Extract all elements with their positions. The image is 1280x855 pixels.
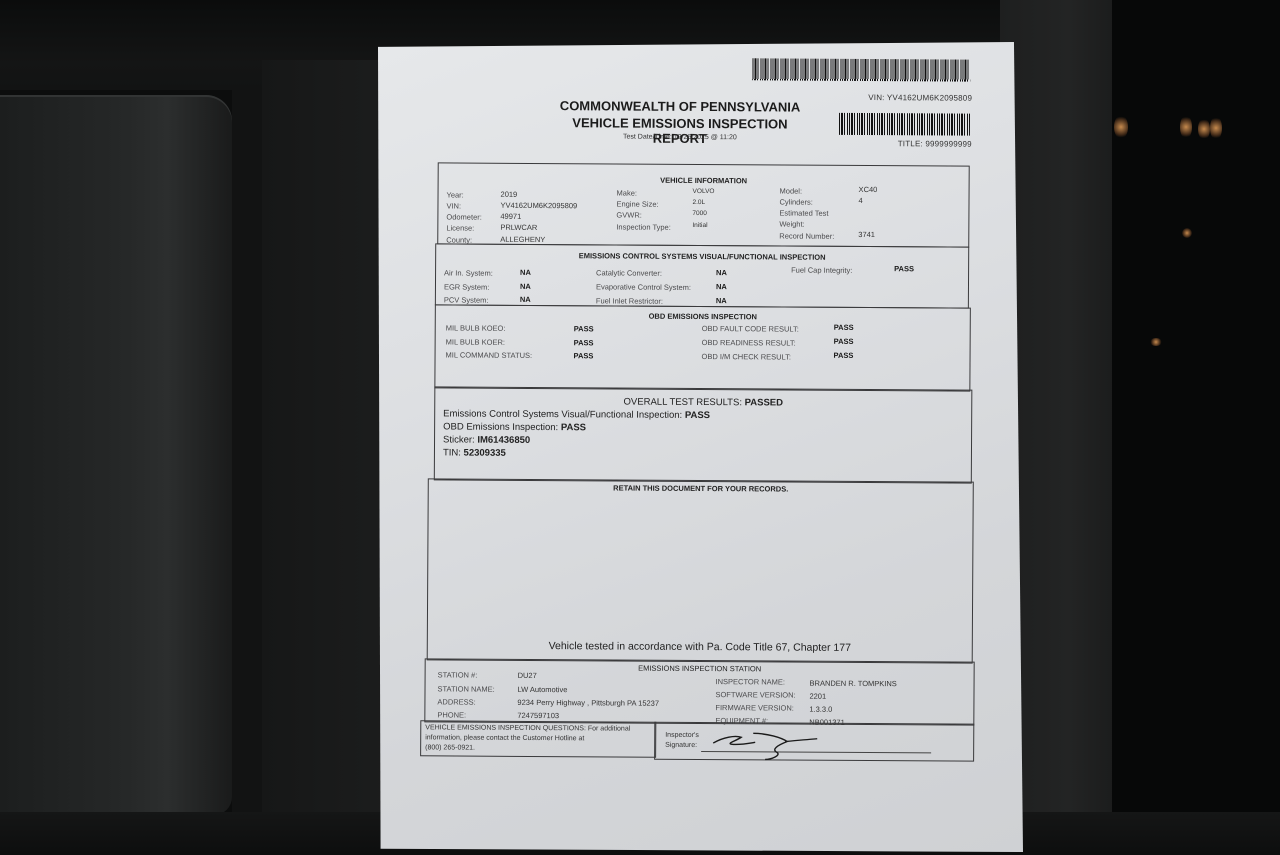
bokeh-light	[1180, 115, 1192, 139]
obd-inspection-section: OBD EMISSIONS INSPECTION MIL BULB KOEO: …	[434, 304, 971, 391]
notice-section: RETAIN THIS DOCUMENT FOR YOUR RECORDS. V…	[427, 478, 974, 663]
retain-notice: RETAIN THIS DOCUMENT FOR YOUR RECORDS.	[429, 482, 973, 494]
item-mil-command-status: PASS	[574, 351, 594, 360]
field-label: Record Number:	[779, 231, 834, 240]
line-label: OBD Emissions Inspection:	[443, 421, 558, 433]
field-cylinders: 4	[858, 196, 862, 205]
field-label: Estimated Test	[779, 208, 828, 217]
item-air-injection: NA	[520, 268, 531, 277]
section-title: EMISSIONS CONTROL SYSTEMS VISUAL/FUNCTIO…	[436, 250, 968, 262]
item-evap-control: NA	[716, 282, 727, 291]
seat-cushion	[262, 60, 392, 855]
item-label: PCV System:	[444, 295, 489, 304]
item-label: Fuel Cap Integrity:	[791, 266, 852, 275]
title-header: TITLE: 9999999999	[864, 139, 972, 149]
questions-section: VEHICLE EMISSIONS INSPECTION QUESTIONS: …	[420, 720, 656, 757]
item-egr: NA	[520, 282, 531, 291]
inspection-station-section: EMISSIONS INSPECTION STATION STATION #: …	[424, 658, 974, 725]
signature-label: Inspector's	[665, 732, 699, 739]
field-county: ALLEGHENY	[500, 235, 545, 244]
station-label: SOFTWARE VERSION:	[715, 690, 795, 699]
test-datetime-label: Test Date/Time:	[623, 134, 672, 141]
dark-background	[1112, 0, 1280, 855]
station-address: 9234 Perry Highway , Pittsburgh PA 15237	[517, 698, 659, 708]
seat-gap	[232, 90, 262, 855]
item-obd-fault-code: PASS	[834, 323, 854, 332]
field-label: Inspection Type:	[616, 222, 671, 231]
overall-result-value: PASSED	[745, 397, 783, 408]
line-value: PASS	[561, 422, 586, 433]
firmware-version: 1.3.3.0	[809, 705, 832, 714]
field-odometer: 49971	[500, 212, 521, 221]
visual-inspection-section: EMISSIONS CONTROL SYSTEMS VISUAL/FUNCTIO…	[435, 243, 969, 308]
field-label: Odometer:	[446, 212, 481, 221]
field-label: VIN:	[446, 201, 461, 210]
field-year: 2019	[501, 190, 518, 199]
questions-text: VEHICLE EMISSIONS INSPECTION QUESTIONS: …	[425, 724, 630, 732]
accordance-notice: Vehicle tested in accordance with Pa. Co…	[428, 639, 972, 654]
item-label: MIL BULB KOEO:	[446, 323, 506, 332]
field-label: Engine Size:	[616, 199, 658, 208]
signature-label: Signature:	[665, 742, 697, 749]
emissions-report-paper: VIN: YV4162UM6K2095809 TITLE: 9999999999…	[378, 42, 1023, 852]
item-obd-readiness: PASS	[834, 337, 854, 346]
bokeh-light	[1210, 116, 1222, 140]
bokeh-light	[1150, 338, 1162, 346]
line-value: PASS	[685, 410, 710, 421]
item-mil-bulb-koer: PASS	[574, 338, 594, 347]
item-pcv: NA	[520, 295, 531, 304]
field-label: Model:	[780, 186, 803, 195]
field-inspection-type: Initial	[692, 222, 707, 229]
hotline-number: (800) 265-0921.	[425, 744, 475, 751]
item-label: MIL COMMAND STATUS:	[446, 350, 533, 360]
field-model: XC40	[859, 185, 878, 194]
field-vin: YV4162UM6K2095809	[500, 201, 577, 210]
test-datetime-value: 12/26/2025 @ 11:20	[674, 134, 737, 141]
station-label: STATION NAME:	[437, 684, 494, 693]
station-label: INSPECTOR NAME:	[716, 677, 786, 686]
inspector-name: BRANDEN R. TOMPKINS	[810, 679, 897, 689]
station-label: FIRMWARE VERSION:	[715, 703, 794, 712]
item-label: Catalytic Converter:	[596, 268, 662, 277]
item-fuel-inlet: NA	[716, 296, 727, 305]
report-header-state: COMMONWEALTH OF PENNSYLVANIA	[550, 98, 810, 115]
line-label: Emissions Control Systems Visual/Functio…	[443, 408, 682, 420]
field-label: GVWR:	[616, 210, 641, 219]
field-label: License:	[446, 223, 474, 232]
vin-header: VIN: YV4162UM6K2095809	[864, 93, 972, 103]
report-header-title: VEHICLE EMISSIONS INSPECTION REPORT	[550, 115, 810, 147]
item-obd-im-check: PASS	[834, 351, 854, 360]
line-value: IM61436850	[477, 435, 530, 446]
barcode-vin	[752, 58, 970, 81]
item-mil-bulb-koeo: PASS	[574, 324, 594, 333]
bokeh-light	[1182, 228, 1192, 238]
station-number: DU27	[518, 671, 537, 680]
station-label: ADDRESS:	[437, 697, 475, 706]
section-title: EMISSIONS INSPECTION STATION	[426, 662, 974, 674]
field-label: Make:	[617, 188, 637, 197]
document-content: VIN: YV4162UM6K2095809 TITLE: 9999999999…	[376, 40, 1026, 854]
overall-result-label: OVERALL TEST RESULTS:	[624, 397, 743, 409]
section-title: OBD EMISSIONS INSPECTION	[436, 310, 970, 322]
item-label: Fuel Inlet Restrictor:	[596, 296, 663, 305]
overall-line-visual: Emissions Control Systems Visual/Functio…	[443, 408, 710, 421]
field-label: Weight:	[779, 219, 804, 228]
station-label: STATION #:	[438, 670, 478, 679]
line-value: 52309335	[464, 448, 506, 459]
field-engine-size: 2.0L	[692, 199, 705, 206]
inspector-signature	[705, 727, 825, 762]
overall-line-sticker: Sticker: IM61436850	[443, 434, 530, 446]
field-record-number: 3741	[858, 230, 875, 239]
item-label: OBD FAULT CODE RESULT:	[702, 324, 799, 334]
software-version: 2201	[809, 692, 826, 701]
field-license: PRLWCAR	[500, 223, 537, 232]
field-label: Year:	[447, 190, 464, 199]
item-label: MIL BULB KOER:	[446, 337, 505, 346]
item-label: EGR System:	[444, 282, 489, 291]
station-label: PHONE:	[437, 710, 466, 719]
overall-line-obd: OBD Emissions Inspection: PASS	[443, 421, 586, 433]
overall-line-tin: TIN: 52309335	[443, 447, 506, 458]
section-title: VEHICLE INFORMATION	[439, 174, 969, 186]
signature-section: Inspector's Signature:	[654, 722, 974, 762]
armrest-console	[0, 95, 232, 815]
bokeh-light	[1198, 118, 1210, 140]
line-label: TIN:	[443, 447, 461, 458]
barcode-title	[839, 113, 970, 136]
station-phone: 7247597103	[517, 711, 559, 720]
field-label: Cylinders:	[779, 197, 812, 206]
field-make: VOLVO	[693, 188, 715, 195]
field-gvwr: 7000	[692, 210, 707, 217]
item-label: Air In. System:	[444, 268, 493, 277]
item-fuel-cap: PASS	[894, 264, 914, 273]
item-label: OBD READINESS RESULT:	[702, 338, 796, 348]
line-label: Sticker:	[443, 434, 475, 445]
station-name: LW Automotive	[517, 685, 567, 694]
item-catalytic-converter: NA	[716, 268, 727, 277]
overall-result: OVERALL TEST RESULTS: PASSED	[435, 395, 971, 409]
item-label: Evaporative Control System:	[596, 282, 691, 292]
item-label: OBD I/M CHECK RESULT:	[702, 352, 792, 362]
overall-results-section: OVERALL TEST RESULTS: PASSED Emissions C…	[434, 386, 973, 483]
bokeh-light	[1114, 115, 1128, 139]
vehicle-information-section: VEHICLE INFORMATION Year: 2019 VIN: YV41…	[437, 162, 969, 247]
questions-text: information, please contact the Customer…	[425, 734, 584, 742]
